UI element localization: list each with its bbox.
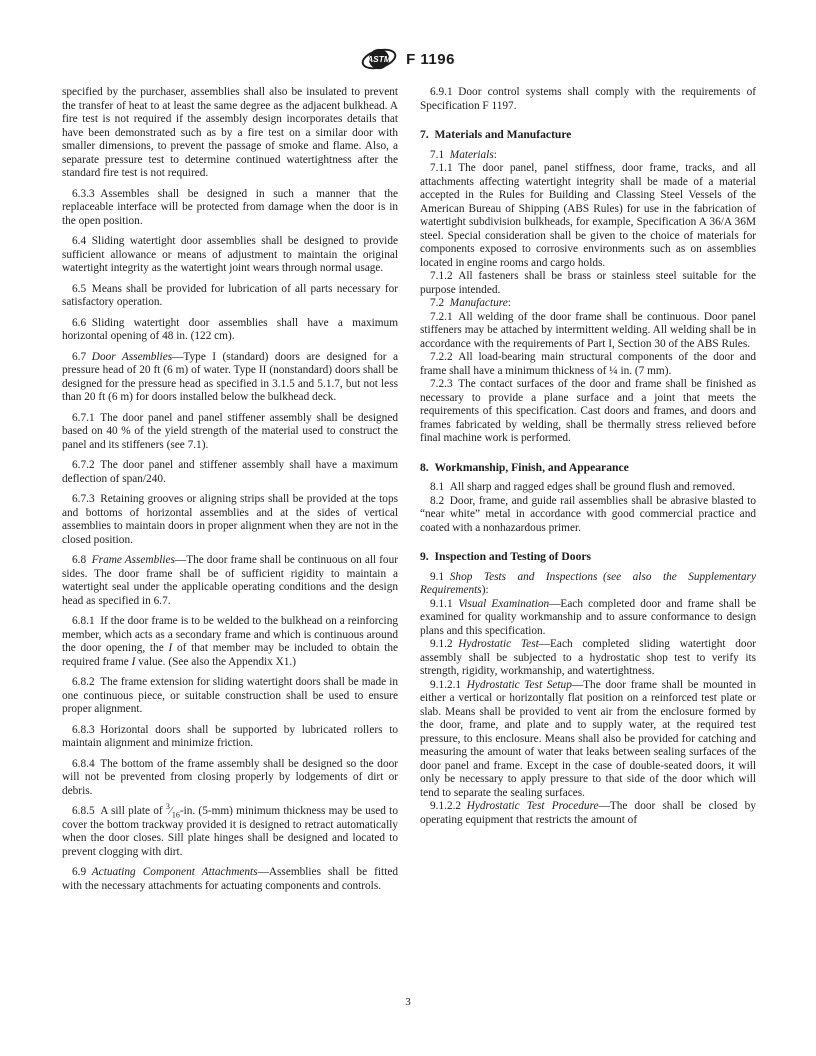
paragraph: 6.9.1 Door control systems shall comply … bbox=[420, 86, 756, 113]
paragraph: 6.6 Sliding watertight door assemblies s… bbox=[62, 317, 398, 344]
paragraph: 7.2.3 The contact surfaces of the door a… bbox=[420, 378, 756, 446]
paragraph: 7.1.2 All fasteners shall be brass or st… bbox=[420, 270, 756, 297]
paragraph: 6.3.3 Assembles shall be designed in suc… bbox=[62, 188, 398, 229]
paragraph: 9.1.1 Visual Examination—Each completed … bbox=[420, 598, 756, 639]
paragraph: 6.7.2 The door panel and stiffener assem… bbox=[62, 459, 398, 486]
astm-logo-icon: ASTM bbox=[361, 44, 397, 74]
paragraph: 6.7 Door Assemblies—Type I (standard) do… bbox=[62, 351, 398, 405]
paragraph: 6.4 Sliding watertight door assemblies s… bbox=[62, 235, 398, 276]
paragraph: 6.5 Means shall be provided for lubricat… bbox=[62, 283, 398, 310]
paragraph: 6.7.3 Retaining grooves or aligning stri… bbox=[62, 493, 398, 547]
right-column: 6.9.1 Door control systems shall comply … bbox=[420, 86, 756, 893]
paragraph: 9.1 Shop Tests and Inspections (see also… bbox=[420, 571, 756, 598]
paragraph: 9.1.2 Hydrostatic Test—Each completed sl… bbox=[420, 638, 756, 679]
section-heading: 9. Inspection and Testing of Doors bbox=[420, 550, 756, 564]
paragraph: 7.1.1 The door panel, panel stiffness, d… bbox=[420, 162, 756, 270]
page-number: 3 bbox=[0, 996, 816, 1008]
document-designation: F 1196 bbox=[406, 51, 455, 68]
paragraph: 9.1.2.2 Hydrostatic Test Procedure—The d… bbox=[420, 800, 756, 827]
paragraph: 6.8.3 Horizontal doors shall be supporte… bbox=[62, 724, 398, 751]
section-heading: 7. Materials and Manufacture bbox=[420, 128, 756, 142]
paragraph: 7.2 Manufacture: bbox=[420, 297, 756, 311]
paragraph: 6.8.1 If the door frame is to be welded … bbox=[62, 615, 398, 669]
paragraph: 6.7.1 The door panel and panel stiffener… bbox=[62, 412, 398, 453]
paragraph: 6.8.4 The bottom of the frame assembly s… bbox=[62, 758, 398, 799]
paragraph: 8.1 All sharp and ragged edges shall be … bbox=[420, 481, 756, 495]
svg-text:ASTM: ASTM bbox=[366, 54, 392, 64]
paragraph: 9.1.2.1 Hydrostatic Test Setup—The door … bbox=[420, 679, 756, 801]
paragraph: 6.8 Frame Assemblies—The door frame shal… bbox=[62, 554, 398, 608]
document-page: ASTM F 1196 specified by the purchaser, … bbox=[0, 0, 816, 1056]
paragraph: 8.2 Door, frame, and guide rail assembli… bbox=[420, 495, 756, 536]
paragraph: 7.2.1 All welding of the door frame shal… bbox=[420, 311, 756, 352]
paragraph: 7.2.2 All load-bearing main structural c… bbox=[420, 351, 756, 378]
paragraph: 6.8.5 A sill plate of 3⁄16-in. (5-mm) mi… bbox=[62, 805, 398, 859]
paragraph: 6.9 Actuating Component Attachments—Asse… bbox=[62, 866, 398, 893]
paragraph: specified by the purchaser, assemblies s… bbox=[62, 86, 398, 181]
section-heading: 8. Workmanship, Finish, and Appearance bbox=[420, 461, 756, 475]
paragraph: 7.1 Materials: bbox=[420, 149, 756, 163]
document-body: specified by the purchaser, assemblies s… bbox=[62, 86, 756, 893]
page-header: ASTM F 1196 bbox=[0, 44, 816, 74]
paragraph: 6.8.2 The frame extension for sliding wa… bbox=[62, 676, 398, 717]
left-column: specified by the purchaser, assemblies s… bbox=[62, 86, 398, 893]
